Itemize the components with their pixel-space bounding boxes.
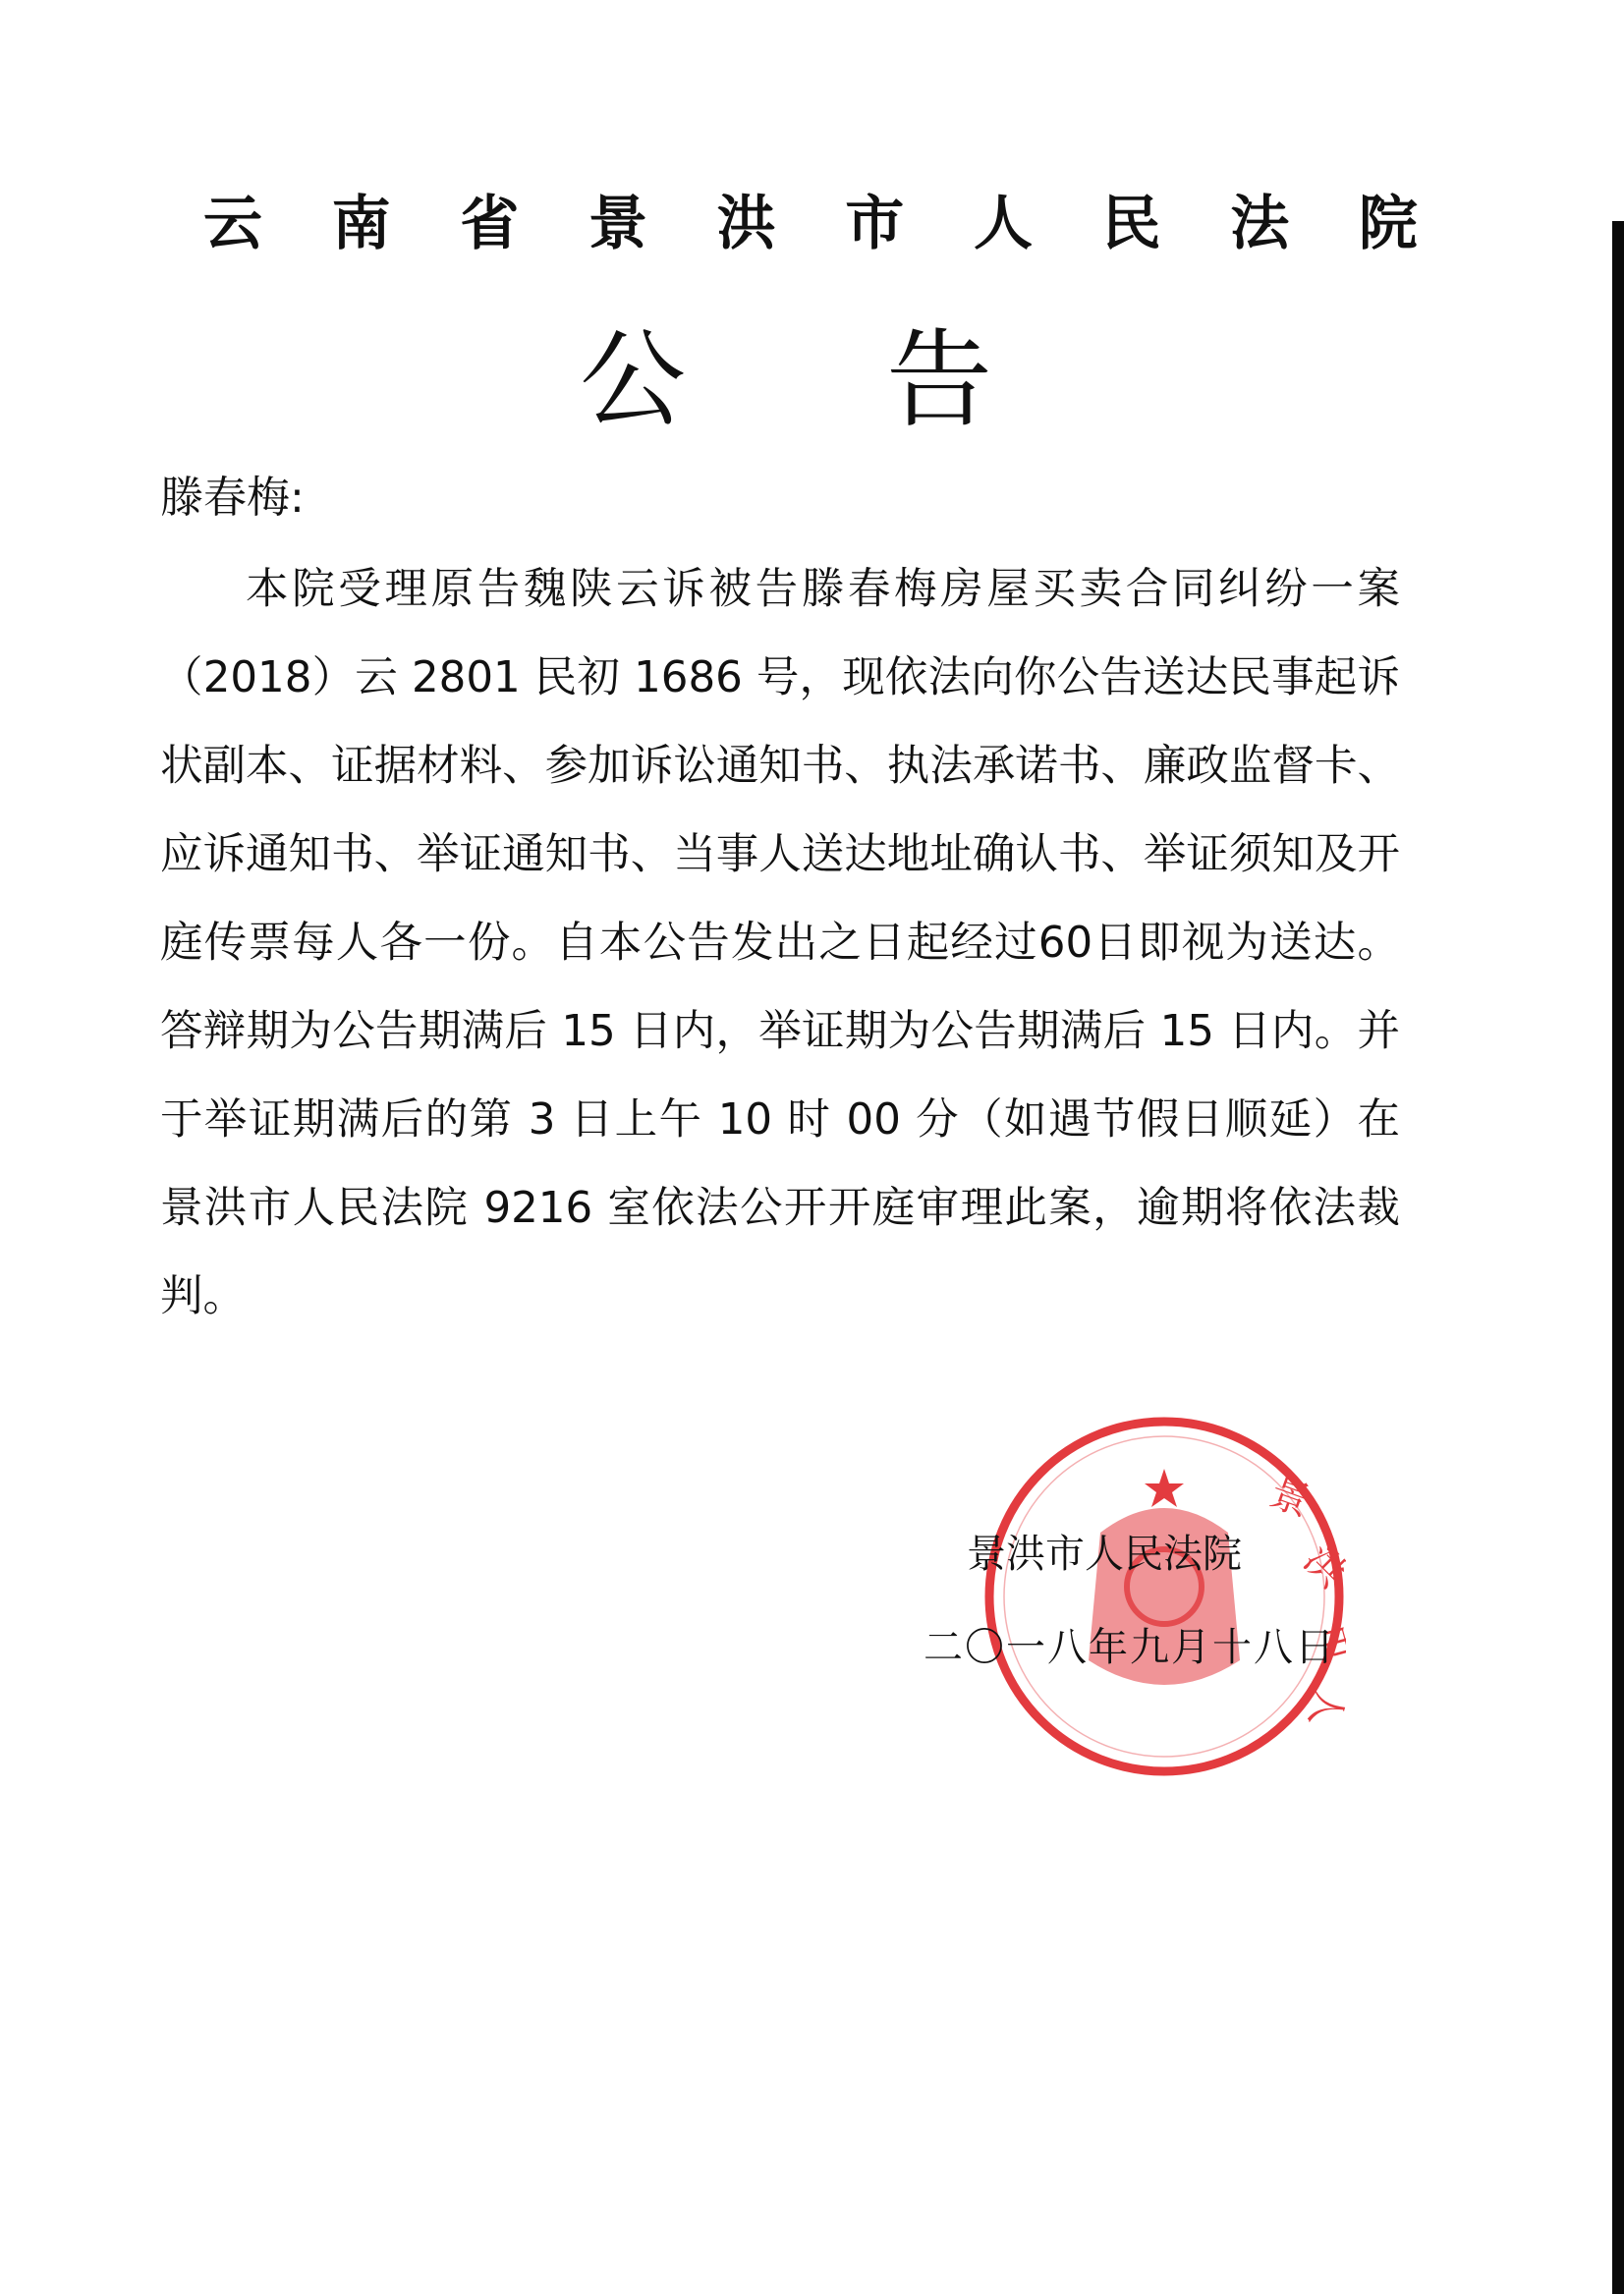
court-name-char: 市 <box>843 177 906 261</box>
court-name-heading: 云 南 省 景 洪 市 人 民 法 院 <box>201 177 1420 261</box>
court-name-char: 民 <box>1100 177 1163 261</box>
court-name-char: 景 <box>587 177 649 261</box>
court-seal-icon: 景 洪 市 人 <box>982 1415 1346 1778</box>
svg-text:人: 人 <box>1300 1683 1346 1729</box>
court-name-char: 法 <box>1228 177 1291 261</box>
court-name-char: 人 <box>972 177 1035 261</box>
title-char: 公 <box>580 295 686 447</box>
scan-edge-bar <box>1612 221 1624 2294</box>
court-name-char: 省 <box>458 177 521 261</box>
signature-date: 二〇一八年九月十八日 <box>924 1616 1336 1672</box>
court-name-char: 南 <box>330 177 393 261</box>
court-name-char: 云 <box>201 177 264 261</box>
court-name-char: 院 <box>1357 177 1420 261</box>
notice-body: 本院受理原告魏陕云诉被告滕春梅房屋买卖合同纠纷一案（2018）云 2801 民初… <box>160 545 1400 1341</box>
document-title: 公 告 <box>580 295 992 447</box>
title-char: 告 <box>886 295 992 447</box>
addressee: 滕春梅: <box>160 462 305 525</box>
court-name-char: 洪 <box>715 177 778 261</box>
signature-court: 景洪市人民法院 <box>967 1523 1242 1579</box>
